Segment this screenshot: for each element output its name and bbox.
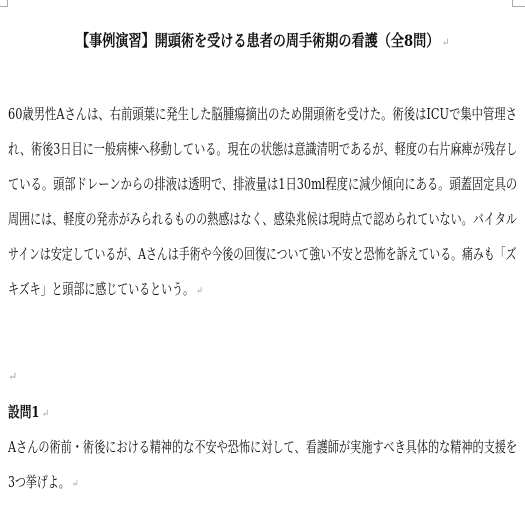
page-corner-mark-left [0, 0, 8, 7]
case-line: れ、術後3日目に一般病棟へ移動している。現在の状態は意識清明であるが、軽度の右片… [8, 139, 517, 159]
document-title: 【事例演習】開頭術を受ける患者の周手術期の看護（全8問）↵ [0, 30, 525, 54]
title-text: 【事例演習】開頭術を受ける患者の周手術期の看護（全8問） [76, 31, 439, 50]
case-line: 60歳男性Aさんは、右前頭葉に発生した脳腫瘍摘出のため開頭術を受けた。術後はIC… [8, 104, 517, 124]
paragraph-mark-icon: ↵ [42, 407, 49, 420]
question-line: Aさんの術前・術後における精神的な不安や恐怖に対して、看護師が実施すべき具体的な… [8, 437, 517, 457]
page-corner-mark-right [512, 0, 525, 7]
case-line: ている。頭部ドレーンからの排液は透明で、排液量は1日30ml程度に減少傾向にある… [8, 174, 517, 194]
case-line: サインは安定しているが、Aさんは手術や今後の回復について強い不安と恐怖を訴えてい… [8, 244, 517, 264]
empty-paragraph-mark-icon: ↵ [8, 370, 17, 383]
paragraph-mark-icon: ↵ [196, 284, 203, 297]
question-line: 3つ挙げよ。 [8, 473, 70, 491]
question-heading: 設問1 [8, 403, 40, 421]
paragraph-mark-icon: ↵ [442, 36, 450, 49]
case-line: キズキ」と頭部に感じているという。 [8, 280, 194, 298]
case-line: 周囲には、軽度の発赤がみられるものの熱感はなく、感染兆候は現時点で認められていな… [8, 209, 517, 229]
paragraph-mark-icon: ↵ [72, 477, 79, 490]
